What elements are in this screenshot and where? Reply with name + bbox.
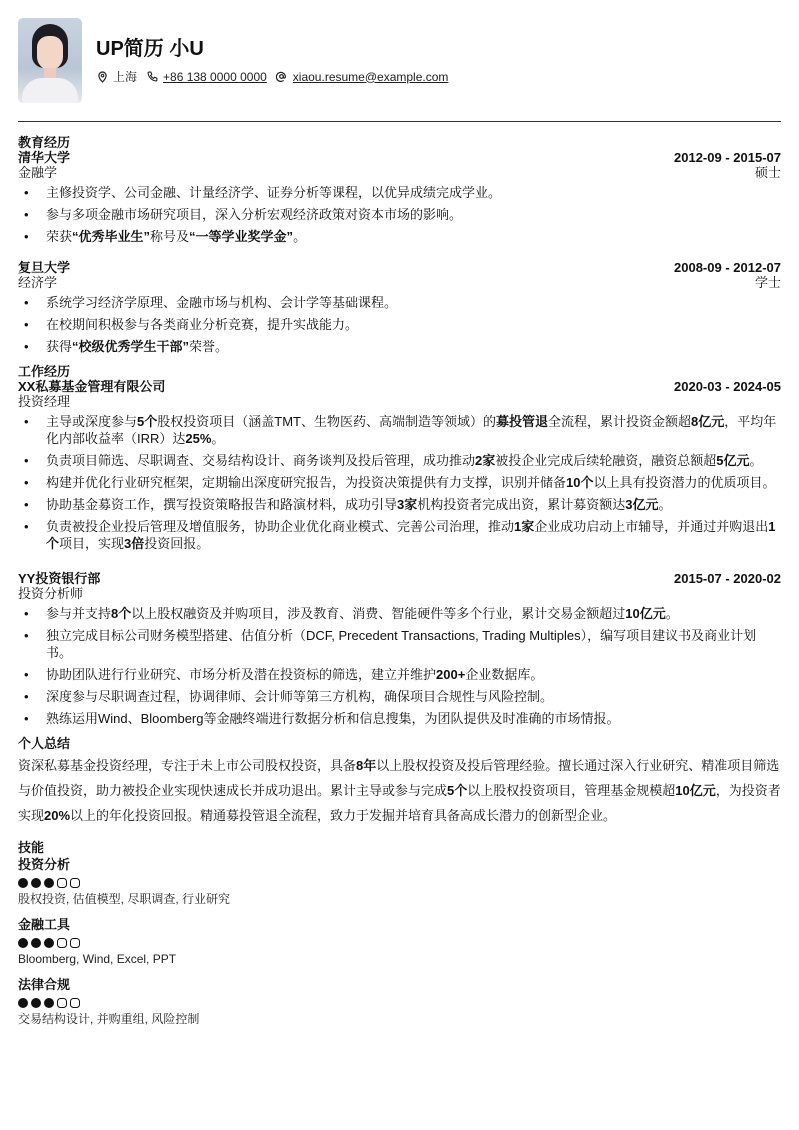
bullet-item: 熟练运用Wind、Bloomberg等金融终端进行数据分析和信息搜集，为团队提供… bbox=[46, 710, 781, 727]
bullet-item: 独立完成目标公司财务模型搭建、估值分析（DCF, Precedent Trans… bbox=[46, 627, 781, 661]
work-section: 工作经历 XX私募基金管理有限公司 2020-03 - 2024-05 投资经理… bbox=[18, 364, 781, 727]
bullet-item: 荣获“优秀毕业生”称号及“一等学业奖学金”。 bbox=[46, 228, 781, 245]
skill-item: 投资分析股权投资, 估值模型, 尽职调查, 行业研究 bbox=[18, 857, 781, 907]
degree: 硕士 bbox=[755, 165, 781, 180]
location-text: 上海 bbox=[113, 68, 137, 85]
major: 经济学 bbox=[18, 275, 57, 290]
date-range: 2015-07 - 2020-02 bbox=[674, 571, 781, 586]
skill-item: 法律合规交易结构设计, 并购重组, 风险控制 bbox=[18, 977, 781, 1027]
job-role: 投资经理 bbox=[18, 394, 70, 409]
bullet-list: 主修投资学、公司金融、计量经济学、证券分析等课程，以优异成绩完成学业。参与多项金… bbox=[18, 184, 781, 245]
education-entry: 复旦大学 2008-09 - 2012-07 经济学 学士 系统学习经济学原理、… bbox=[18, 260, 781, 355]
bullet-item: 主导或深度参与5个股权投资项目（涵盖TMT、生物医药、高端制造等领域）的募投管退… bbox=[46, 413, 781, 447]
bullet-list: 主导或深度参与5个股权投资项目（涵盖TMT、生物医药、高端制造等领域）的募投管退… bbox=[18, 413, 781, 552]
summary-section: 个人总结 资深私募基金投资经理，专注于未上市公司股权投资，具备8年以上股权投资及… bbox=[18, 736, 781, 828]
section-title-work: 工作经历 bbox=[18, 364, 781, 379]
filled-dot-icon bbox=[44, 878, 54, 888]
email: xiaou.resume@example.com bbox=[276, 70, 449, 84]
filled-dot-icon bbox=[18, 998, 28, 1008]
location: 上海 bbox=[96, 68, 137, 85]
school-name: 复旦大学 bbox=[18, 260, 70, 275]
contact-row: 上海 +86 138 0000 0000 xiaou.resume@exampl… bbox=[96, 68, 457, 85]
skill-level-rating bbox=[18, 998, 781, 1008]
resume-page: UP简历 小U 上海 +86 138 0000 0000 bbox=[0, 0, 799, 1027]
company-name: YY投资银行部 bbox=[18, 571, 100, 586]
date-range: 2020-03 - 2024-05 bbox=[674, 379, 781, 394]
bullet-item: 参与多项金融市场研究项目，深入分析宏观经济政策对资本市场的影响。 bbox=[46, 206, 781, 223]
bullet-item: 负责被投企业投后管理及增值服务，协助企业优化商业模式、完善公司治理，推动1家企业… bbox=[46, 518, 781, 552]
bullet-item: 负责项目筛选、尽职调查、交易结构设计、商务谈判及投后管理，成功推动2家被投企业完… bbox=[46, 452, 781, 469]
skills-list: 投资分析股权投资, 估值模型, 尽职调查, 行业研究金融工具Bloomberg,… bbox=[18, 857, 781, 1027]
section-title-skills: 技能 bbox=[18, 840, 781, 855]
filled-dot-icon bbox=[44, 998, 54, 1008]
degree: 学士 bbox=[755, 275, 781, 290]
filled-dot-icon bbox=[18, 938, 28, 948]
bullet-item: 参与并支持8个以上股权融资及并购项目，涉及教育、消费、智能硬件等多个行业，累计交… bbox=[46, 605, 781, 622]
phone-link[interactable]: +86 138 0000 0000 bbox=[163, 70, 267, 84]
empty-dot-icon bbox=[57, 998, 67, 1008]
date-range: 2008-09 - 2012-07 bbox=[674, 260, 781, 275]
bullet-item: 协助基金募资工作，撰写投资策略报告和路演材料，成功引导3家机构投资者完成出资，累… bbox=[46, 496, 781, 513]
company-name: XX私募基金管理有限公司 bbox=[18, 379, 165, 394]
skill-name: 法律合规 bbox=[18, 977, 781, 992]
work-entry: YY投资银行部 2015-07 - 2020-02 投资分析师 参与并支持8个以… bbox=[18, 571, 781, 727]
bullet-item: 协助团队进行行业研究、市场分析及潜在投资标的筛选，建立并维护200+企业数据库。 bbox=[46, 666, 781, 683]
skill-level-rating bbox=[18, 938, 781, 948]
bullet-item: 深度参与尽职调查过程，协调律师、会计师等第三方机构，确保项目合规性与风险控制。 bbox=[46, 688, 781, 705]
header-info: UP简历 小U 上海 +86 138 0000 0000 bbox=[96, 18, 457, 85]
skill-item: 金融工具Bloomberg, Wind, Excel, PPT bbox=[18, 917, 781, 967]
education-entry: 清华大学 2012-09 - 2015-07 金融学 硕士 主修投资学、公司金融… bbox=[18, 150, 781, 245]
section-title-summary: 个人总结 bbox=[18, 736, 781, 751]
filled-dot-icon bbox=[44, 938, 54, 948]
empty-dot-icon bbox=[57, 878, 67, 888]
bullet-list: 参与并支持8个以上股权融资及并购项目，涉及教育、消费、智能硬件等多个行业，累计交… bbox=[18, 605, 781, 727]
skill-keywords: Bloomberg, Wind, Excel, PPT bbox=[18, 952, 781, 967]
phone: +86 138 0000 0000 bbox=[146, 70, 267, 84]
resume-header: UP简历 小U 上海 +86 138 0000 0000 bbox=[18, 0, 781, 103]
date-range: 2012-09 - 2015-07 bbox=[674, 150, 781, 165]
phone-icon bbox=[146, 71, 158, 83]
candidate-name: UP简历 小U bbox=[96, 36, 457, 62]
header-divider bbox=[18, 121, 781, 122]
bullet-item: 系统学习经济学原理、金融市场与机构、会计学等基础课程。 bbox=[46, 294, 781, 311]
bullet-list: 系统学习经济学原理、金融市场与机构、会计学等基础课程。在校期间积极参与各类商业分… bbox=[18, 294, 781, 355]
bullet-item: 主修投资学、公司金融、计量经济学、证券分析等课程，以优异成绩完成学业。 bbox=[46, 184, 781, 201]
filled-dot-icon bbox=[31, 878, 41, 888]
school-name: 清华大学 bbox=[18, 150, 70, 165]
empty-dot-icon bbox=[70, 998, 80, 1008]
bullet-item: 在校期间积极参与各类商业分析竞赛，提升实战能力。 bbox=[46, 316, 781, 333]
skill-name: 金融工具 bbox=[18, 917, 781, 932]
major: 金融学 bbox=[18, 165, 57, 180]
empty-dot-icon bbox=[57, 938, 67, 948]
job-role: 投资分析师 bbox=[18, 586, 83, 601]
filled-dot-icon bbox=[31, 998, 41, 1008]
profile-photo bbox=[18, 18, 82, 103]
section-title-education: 教育经历 bbox=[18, 135, 781, 150]
summary-text: 资深私募基金投资经理，专注于未上市公司股权投资，具备8年以上股权投资及投后管理经… bbox=[18, 753, 781, 828]
bullet-item: 获得“校级优秀学生干部”荣誉。 bbox=[46, 338, 781, 355]
at-sign-icon bbox=[276, 71, 288, 83]
work-entry: XX私募基金管理有限公司 2020-03 - 2024-05 投资经理 主导或深… bbox=[18, 379, 781, 552]
filled-dot-icon bbox=[18, 878, 28, 888]
skill-level-rating bbox=[18, 878, 781, 888]
skill-keywords: 股权投资, 估值模型, 尽职调查, 行业研究 bbox=[18, 892, 781, 907]
map-pin-icon bbox=[96, 71, 108, 83]
skill-keywords: 交易结构设计, 并购重组, 风险控制 bbox=[18, 1012, 781, 1027]
education-section: 教育经历 清华大学 2012-09 - 2015-07 金融学 硕士 主修投资学… bbox=[18, 135, 781, 355]
bullet-item: 构建并优化行业研究框架，定期输出深度研究报告，为投资决策提供有力支撑，识别并储备… bbox=[46, 474, 781, 491]
empty-dot-icon bbox=[70, 938, 80, 948]
empty-dot-icon bbox=[70, 878, 80, 888]
skill-name: 投资分析 bbox=[18, 857, 781, 872]
filled-dot-icon bbox=[31, 938, 41, 948]
skills-section: 技能 投资分析股权投资, 估值模型, 尽职调查, 行业研究金融工具Bloombe… bbox=[18, 840, 781, 1027]
email-link[interactable]: xiaou.resume@example.com bbox=[293, 70, 449, 84]
